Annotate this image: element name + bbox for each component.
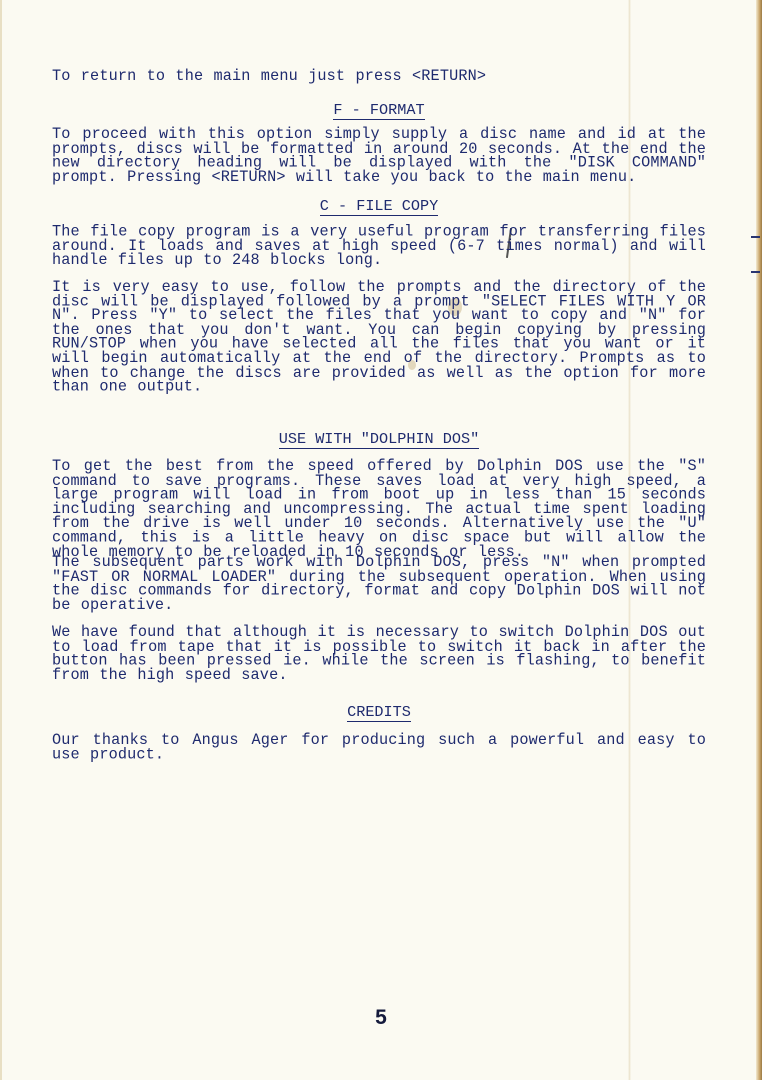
section-paragraph: To proceed with this option simply suppl… [52,127,706,184]
manual-page-content: To return to the main menu just press <R… [52,70,706,762]
section-paragraph: The subsequent parts work with Dolphin D… [52,555,706,612]
section-paragraph: The file copy program is a very useful p… [52,225,706,268]
section-paragraph: It is very easy to use, follow the promp… [52,280,706,394]
paper-edge-right [756,0,762,1080]
section-heading: C - FILE COPY [52,197,706,216]
section-paragraph: We have found that although it is necess… [52,626,706,683]
section-heading: CREDITS [52,703,706,722]
section-format: F - FORMAT To proceed with this option s… [52,101,706,183]
section-file-copy: C - FILE COPY The file copy program is a… [52,197,706,392]
intro-text: To return to the main menu just press <R… [52,70,706,84]
page-number: 5 [0,1006,762,1030]
section-paragraph: To get the best from the speed offered b… [52,459,706,559]
section-heading: F - FORMAT [52,101,706,120]
section-dolphin-dos: USE WITH "DOLPHIN DOS" To get the best f… [52,430,706,682]
section-heading: USE WITH "DOLPHIN DOS" [52,430,706,449]
section-paragraph: Our thanks to Angus Ager for producing s… [52,734,706,763]
edge-mark [751,271,760,273]
paper-edge-left [0,0,2,1080]
section-credits: CREDITS Our thanks to Angus Ager for pro… [52,703,706,761]
edge-mark [751,236,760,238]
